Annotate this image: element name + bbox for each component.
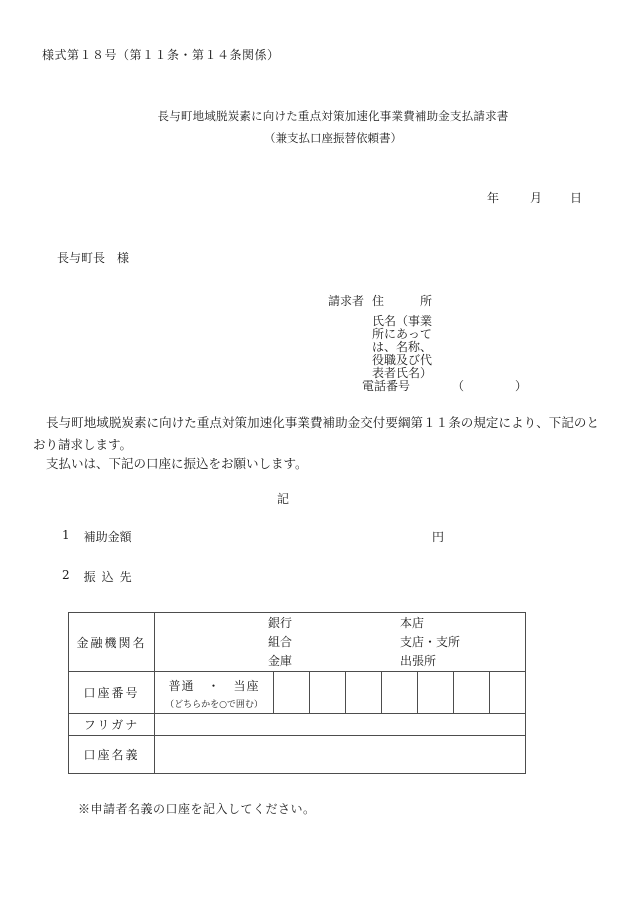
body-paragraph-2: 支払いは、下記の口座に振込をお願いします。 bbox=[33, 454, 599, 472]
document-subtitle: （兼支払口座振替依頼書） bbox=[36, 130, 630, 146]
account-digit-cell[interactable] bbox=[454, 672, 490, 714]
account-digit-cell[interactable] bbox=[274, 672, 310, 714]
branch-type-option: 支店・支所 bbox=[400, 633, 460, 652]
document-page: 様式第１８号（第１１条・第１４条関係） 長与町地域脱炭素に向けた重点対策加速化事… bbox=[0, 0, 630, 903]
account-digit-cell[interactable] bbox=[310, 672, 346, 714]
bank-account-table: 金融機関名 銀行 組合 金庫 本店 支店・支所 出張所 bbox=[68, 612, 526, 774]
date-line: 年 月 日 bbox=[487, 189, 582, 206]
phone-paren-close: ） bbox=[515, 377, 527, 394]
name-label-block: 氏名（事業 所にあって は、名称、 役職及び代 表者氏名） bbox=[372, 315, 432, 380]
financial-institution-label: 金融機関名 bbox=[69, 613, 155, 672]
branch-type-option: 本店 bbox=[400, 614, 460, 633]
table-row: フリガナ bbox=[69, 714, 526, 736]
requester-address-line: 請求者 住 所 bbox=[328, 292, 432, 309]
bank-type-options: 銀行 組合 金庫 bbox=[268, 614, 292, 671]
branch-type-option: 出張所 bbox=[400, 652, 460, 671]
requester-label: 請求者 bbox=[328, 292, 364, 309]
table-row: 口座名義 bbox=[69, 736, 526, 774]
requester-block: 請求者 住 所 氏名（事業 所にあって は、名称、 役職及び代 表者氏名） 電話… bbox=[328, 288, 558, 398]
bank-type-option: 金庫 bbox=[268, 652, 292, 671]
address-label: 住 所 bbox=[372, 292, 432, 309]
body-paragraph-1: 長与町地域脱炭素に向けた重点対策加速化事業費補助金交付要綱第１１条の規定により、… bbox=[33, 412, 599, 455]
phone-label: 電話番号 bbox=[362, 377, 410, 394]
document-title: 長与町地域脱炭素に向けた重点対策加速化事業費補助金支払請求書 bbox=[36, 108, 630, 124]
form-number: 様式第１８号（第１１条・第１４条関係） bbox=[42, 46, 280, 63]
day-label: 日 bbox=[570, 189, 582, 206]
furigana-label: フリガナ bbox=[69, 714, 155, 736]
footnote: ※申請者名義の口座を記入してください。 bbox=[78, 800, 316, 817]
item-number: 2 bbox=[62, 568, 70, 585]
table-row: 金融機関名 銀行 組合 金庫 本店 支店・支所 出張所 bbox=[69, 613, 526, 672]
account-digit-cell[interactable] bbox=[418, 672, 454, 714]
subsidy-amount-label: 補助金額 bbox=[84, 528, 132, 545]
branch-type-options: 本店 支店・支所 出張所 bbox=[400, 614, 460, 671]
yen-unit-label: 円 bbox=[432, 528, 444, 545]
account-type-note: （どちらかを○で囲む） bbox=[155, 697, 273, 710]
account-digit-cell[interactable] bbox=[382, 672, 418, 714]
account-digit-cell[interactable] bbox=[490, 672, 526, 714]
account-digit-cell[interactable] bbox=[346, 672, 382, 714]
account-holder-label: 口座名義 bbox=[69, 736, 155, 774]
bank-type-option: 銀行 bbox=[268, 614, 292, 633]
transfer-destination-label: 振込先 bbox=[84, 568, 138, 585]
table-row: 口座番号 普通 ・ 当座 （どちらかを○で囲む） bbox=[69, 672, 526, 714]
month-label: 月 bbox=[530, 189, 542, 206]
year-label: 年 bbox=[487, 189, 499, 206]
furigana-input-cell[interactable] bbox=[155, 714, 526, 736]
account-type-options: 普通 ・ 当座 bbox=[155, 677, 273, 694]
subsidy-amount-line: 1 補助金額 円 bbox=[62, 528, 582, 545]
addressee: 長与町長 様 bbox=[57, 249, 129, 266]
item-number: 1 bbox=[62, 528, 70, 545]
phone-line: 電話番号 （ ） bbox=[362, 377, 527, 394]
record-marker: 記 bbox=[277, 490, 289, 507]
phone-paren-open: （ bbox=[452, 377, 464, 394]
financial-institution-input-cell[interactable]: 銀行 組合 金庫 本店 支店・支所 出張所 bbox=[155, 613, 526, 672]
account-holder-input-cell[interactable] bbox=[155, 736, 526, 774]
account-number-label: 口座番号 bbox=[69, 672, 155, 714]
bank-type-option: 組合 bbox=[268, 633, 292, 652]
account-type-cell[interactable]: 普通 ・ 当座 （どちらかを○で囲む） bbox=[155, 672, 274, 714]
transfer-destination-line: 2 振込先 bbox=[62, 568, 138, 585]
